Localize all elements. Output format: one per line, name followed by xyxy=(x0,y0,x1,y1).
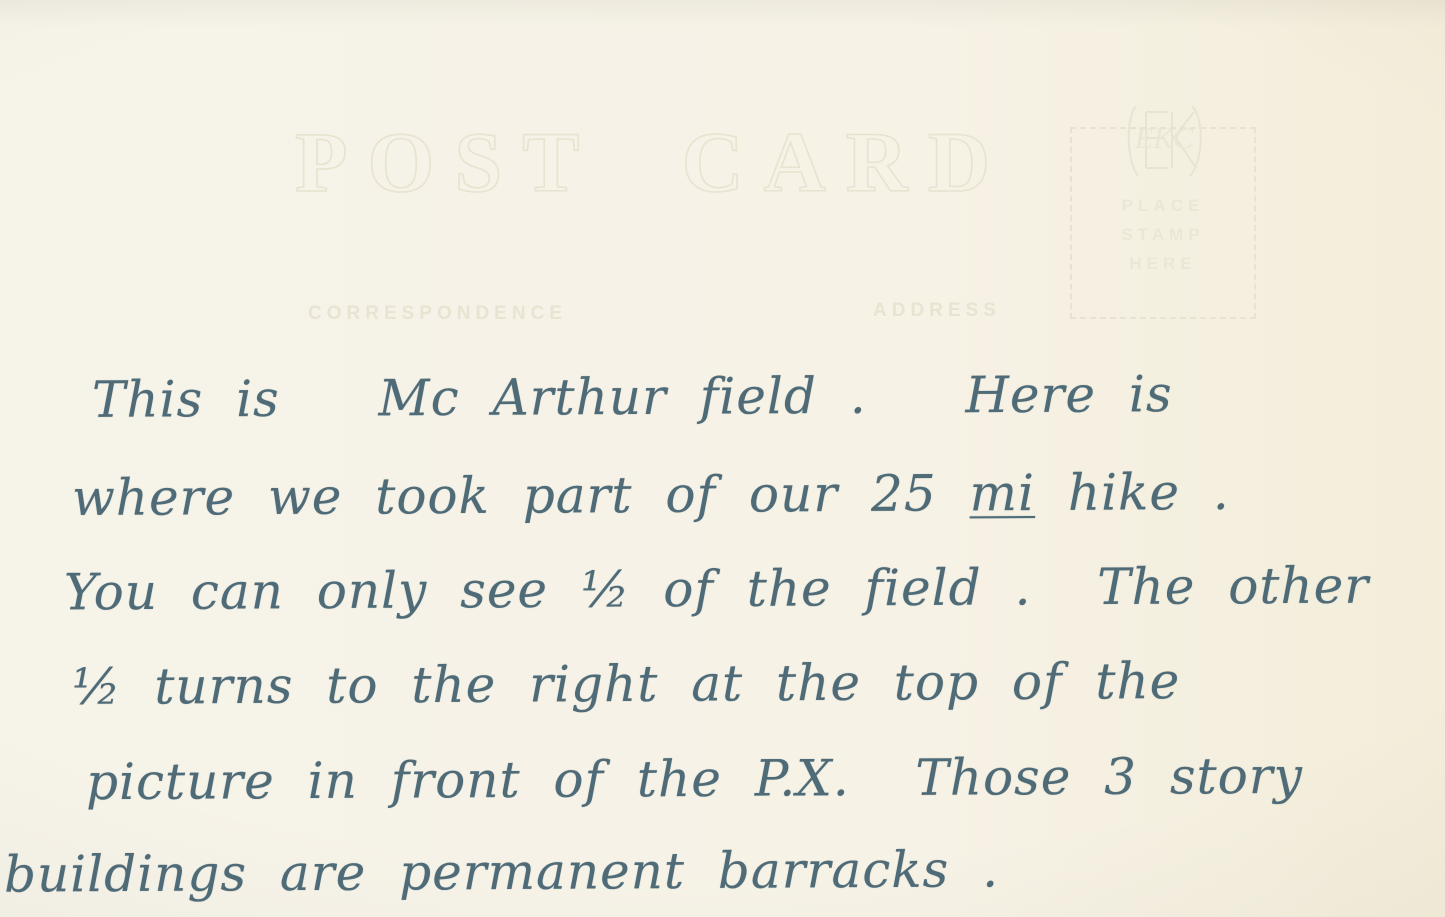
message-segment: ½ turns to the right at the top of the xyxy=(72,652,1181,716)
message-segment: picture in front of the P.X. Those 3 sto… xyxy=(86,747,1303,811)
handwritten-message: This is Mc Arthur field . Here is where … xyxy=(0,0,1445,917)
message-line: where we took part of our 25 mi hike . xyxy=(72,463,1230,527)
message-segment: mi xyxy=(969,464,1035,522)
message-segment: You can only see ½ of the field . The ot… xyxy=(64,557,1369,622)
message-line: You can only see ½ of the field . The ot… xyxy=(64,557,1369,622)
message-segment: This is Mc Arthur field . Here is xyxy=(92,365,1173,429)
message-line: picture in front of the P.X. Those 3 sto… xyxy=(86,747,1303,811)
message-line: ½ turns to the right at the top of the xyxy=(72,652,1181,716)
message-segment: buildings are permanent barracks . xyxy=(4,840,999,903)
postcard-back: POST CARD CORRESPONDENCE ADDRESS EKC PLA… xyxy=(0,0,1445,917)
message-line: This is Mc Arthur field . Here is xyxy=(92,365,1173,429)
message-segment: hike . xyxy=(1035,463,1230,522)
message-segment: where we took part of our 25 xyxy=(72,464,970,527)
message-line: buildings are permanent barracks . xyxy=(4,840,999,903)
